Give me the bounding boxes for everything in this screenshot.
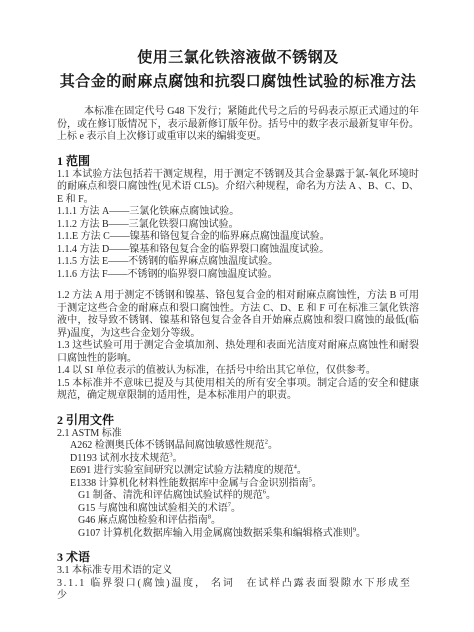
reference-item: G46 麻点腐蚀检验和评估指南8。 [57, 515, 419, 528]
paragraph-2-1: 2.1 ASTM 标准 [57, 428, 419, 441]
reference-text: E691 进行实验室间研究以测定试验方法精度的规范 [70, 465, 294, 476]
reference-text: E1338 计算机化材料性能数据库中金属与合金识别指南 [70, 478, 309, 489]
method-item: 1.1.5 方法 E——不锈钢的临界麻点腐蚀温度试验。 [57, 256, 419, 269]
section-scope-heading: 1 范围 [57, 154, 419, 168]
reference-text: D1193 试剂水技术规范 [70, 453, 169, 464]
reference-period: 。 [312, 478, 322, 489]
reference-period: 。 [268, 440, 278, 451]
reference-item: A262 检测奥氏体不锈钢晶间腐蚀敏感性规范2。 [57, 440, 419, 453]
reference-item: D1193 试剂水技术规范3。 [57, 453, 419, 466]
method-item: 1.1.4 方法 D——镍基和铬包复合金的临界裂口腐蚀温度试验。 [57, 244, 419, 257]
reference-item: G107 计算机化数据库输入用金属腐蚀数据采集和编辑格式准则9。 [57, 528, 419, 541]
method-list: 1.1.1 方法 A——三氯化铁麻点腐蚀试验。 1.1.2 方法 B——三氯化铁… [57, 206, 419, 281]
reference-item: E691 进行实验室间研究以测定试验方法精度的规范4。 [57, 465, 419, 478]
section-terms-heading: 3 术语 [57, 550, 419, 564]
section-references-heading: 2 引用文件 [57, 413, 419, 427]
method-item: 1.1.2 方法 B——三氯化铁裂口腐蚀试验。 [57, 219, 419, 232]
reference-item: G15 与腐蚀和腐蚀试验相关的术语7。 [57, 503, 419, 516]
method-item: 1.1.6 方法 F——不锈钢的临界裂口腐蚀温度试验。 [57, 269, 419, 282]
paragraph-1-5: 1.5 本标准并不意味已提及与其使用相关的所有安全事项。制定合适的安全和健康规范… [57, 378, 419, 403]
reference-text: A262 检测奥氏体不锈钢晶间腐蚀敏感性规范 [70, 440, 265, 451]
document-content: 使用三氯化铁溶液做不锈钢及 其合金的耐麻点腐蚀和抗裂口腐蚀性试验的标准方法 本标… [0, 0, 474, 603]
reference-period: 。 [266, 490, 276, 501]
paragraph-3-1: 3.1 本标准专用术语的定义 [57, 565, 419, 578]
reference-text: G107 计算机化数据库输入用金属腐蚀数据采集和编辑格式准则 [78, 528, 353, 539]
reference-text: G15 与腐蚀和腐蚀试验相关的术语 [78, 503, 228, 514]
paragraph-3-1-1: 3.1.1 临界裂口(腐蚀)温度， 名词 在试样凸露表面裂隙水下形成至少 [57, 578, 419, 603]
reference-item: G1 制备、清洗和评估腐蚀试验试样的规范6。 [57, 490, 419, 503]
reference-period: 。 [297, 465, 307, 476]
paragraph-1-1: 1.1 本试验方法包括若干测定规程，用于测定不锈钢及其合金暴露于氯-氧化环境时的… [57, 169, 419, 207]
reference-item: E1338 计算机化材料性能数据库中金属与合金识别指南5。 [57, 478, 419, 491]
paragraph-1-3: 1.3 这些试验可用于测定合金填加剂、热处理和表面光洁度对耐麻点腐蚀性和耐裂口腐… [57, 340, 419, 365]
reference-text: G46 麻点腐蚀检验和评估指南 [78, 515, 208, 526]
paragraph-1-4: 1.4 以 SI 单位表示的值被认为标准，在括号中给出其它单位，仅供参考。 [57, 365, 419, 378]
reference-period: 。 [231, 503, 241, 514]
reference-period: 。 [211, 515, 221, 526]
doc-title-line-1: 使用三氯化铁溶液做不锈钢及 [57, 46, 419, 70]
document-page: 使用三氯化铁溶液做不锈钢及 其合金的耐麻点腐蚀和抗裂口腐蚀性试验的标准方法 本标… [0, 0, 474, 632]
reference-period: 。 [356, 528, 366, 539]
doc-title-line-2: 其合金的耐麻点腐蚀和抗裂口腐蚀性试验的标准方法 [57, 70, 419, 94]
method-item: 1.1.1 方法 A——三氯化铁麻点腐蚀试验。 [57, 206, 419, 219]
paragraph-1-2: 1.2 方法 A 用于测定不锈钢和镍基、铬包复合金的相对耐麻点腐蚀性，方法 B … [57, 290, 419, 340]
preamble-paragraph: 本标准在固定代号 G48 下发行；紧随此代号之后的号码表示原正式通过的年份，或在… [57, 106, 419, 144]
reference-period: 。 [173, 453, 183, 464]
method-item: 1.1.E 方法 C——镍基和铬包复合金的临界麻点腐蚀温度试验。 [57, 231, 419, 244]
reference-list: A262 检测奥氏体不锈钢晶间腐蚀敏感性规范2。 D1193 试剂水技术规范3。… [57, 440, 419, 540]
reference-text: G1 制备、清洗和评估腐蚀试验试样的规范 [78, 490, 263, 501]
doc-title: 使用三氯化铁溶液做不锈钢及 其合金的耐麻点腐蚀和抗裂口腐蚀性试验的标准方法 [57, 46, 419, 94]
